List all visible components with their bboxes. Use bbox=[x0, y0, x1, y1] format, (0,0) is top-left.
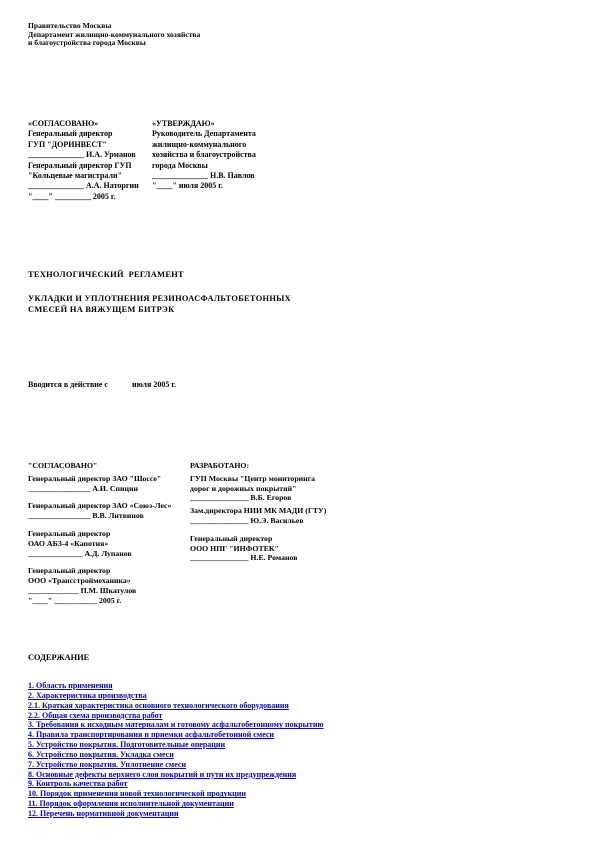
title-line: СМЕСЕЙ НА ВЯЖУЩЕМ БИТРЭК bbox=[28, 304, 291, 316]
signer-position: хозяйства и благоустройства bbox=[152, 150, 282, 160]
toc-link-3[interactable]: 3. Требования к исходным материалам и го… bbox=[28, 720, 324, 730]
title-line: УКЛАДКИ И УПЛОТНЕНИЯ РЕЗИНОАСФАЛЬТОБЕТОН… bbox=[28, 293, 291, 305]
signature-line: ______________ А.А. Наторгин bbox=[28, 181, 152, 191]
document-kind: ТЕХНОЛОГИЧЕСКИЙ РЕГЛАМЕНТ bbox=[28, 269, 291, 281]
toc-link-2-1[interactable]: 2.1. Краткая характеристика основного те… bbox=[28, 701, 324, 711]
signer-group: ГУП Москвы "Центр мониторинга дорог и до… bbox=[190, 474, 350, 503]
signature-line: ______________ А.Д. Лупанов bbox=[28, 549, 190, 559]
toc-link-11[interactable]: 11. Порядок оформления исполнительной до… bbox=[28, 799, 324, 809]
signer-organization: "Кольцевые магистрали" bbox=[28, 171, 152, 181]
date-line: "____" июля 2005 г. bbox=[152, 181, 282, 191]
signer-organization: ГУП Москвы "Центр мониторинга bbox=[190, 474, 350, 484]
effective-date-line: Вводится в действие с июля 2005 г. bbox=[28, 380, 176, 389]
signer-position: жилищно-коммунального bbox=[152, 140, 282, 150]
toc-link-9[interactable]: 9. Контроль качества работ bbox=[28, 779, 324, 789]
signature-line: ________________ В.В. Литвинов bbox=[28, 511, 190, 521]
signature-line: ________________ А.И. Спицин bbox=[28, 484, 190, 494]
approval-block-bottom: "СОГЛАСОВАНО" Генеральный директор ЗАО "… bbox=[28, 461, 350, 606]
signer-organization: дорог и дорожных покрытий" bbox=[190, 484, 350, 494]
signer-position: Генеральный директор ЗАО «Союз-Лес» bbox=[28, 501, 190, 511]
approval-block-top: «СОГЛАСОВАНО» Генеральный директор ГУП "… bbox=[28, 119, 282, 202]
document-title: ТЕХНОЛОГИЧЕСКИЙ РЕГЛАМЕНТ УКЛАДКИ И УПЛО… bbox=[28, 269, 291, 316]
signer-group: Зам.директора НИИ МК МАДИ (ГТУ) ________… bbox=[190, 506, 350, 526]
signer-group: Генеральный директор ЗАО «Союз-Лес» ____… bbox=[28, 501, 190, 521]
signature-line: ______________ И.А. Урманов bbox=[28, 150, 152, 160]
agreed-heading: «СОГЛАСОВАНО» bbox=[28, 119, 152, 129]
signer-position: Генеральный директор bbox=[28, 529, 190, 539]
signer-organization: ГУП "ДОРИНВЕСТ" bbox=[28, 140, 152, 150]
approved-heading: «УТВЕРЖДАЮ» bbox=[152, 119, 282, 129]
toc-link-12[interactable]: 12. Перечень нормативной документации bbox=[28, 809, 324, 819]
issuer-line: и благоустройства города Москвы bbox=[28, 39, 200, 48]
signer-position: Генеральный директор ГУП bbox=[28, 161, 152, 171]
developed-column: РАЗРАБОТАНО: ГУП Москвы "Центр мониторин… bbox=[190, 461, 350, 606]
date-line: "____" _________ 2005 г. bbox=[28, 192, 152, 202]
signer-position: Генеральный директор bbox=[190, 534, 350, 544]
signer-organization: ОАО АБЗ-4 «Капотня» bbox=[28, 539, 190, 549]
approved-column: «УТВЕРЖДАЮ» Руководитель Департамента жи… bbox=[152, 119, 282, 202]
toc-link-7[interactable]: 7. Устройство покрытия. Уплотнение смеси bbox=[28, 760, 324, 770]
agreed-heading: "СОГЛАСОВАНО" bbox=[28, 461, 190, 471]
agreed-column-bottom: "СОГЛАСОВАНО" Генеральный директор ЗАО "… bbox=[28, 461, 190, 606]
toc-link-6[interactable]: 6. Устройство покрытия. Укладка смеси bbox=[28, 750, 324, 760]
signer-group: Генеральный директор ООО НПГ "ИНФОТЕК" _… bbox=[190, 534, 350, 563]
developed-heading: РАЗРАБОТАНО: bbox=[190, 461, 350, 471]
toc-link-2[interactable]: 2. Характеристика производства bbox=[28, 691, 324, 701]
signer-group: Генеральный директор ООО «Трансстроймеха… bbox=[28, 566, 190, 605]
document-page: Правительство Москвы Департамент жилищно… bbox=[0, 0, 595, 842]
toc-link-2-2[interactable]: 2.2. Общая схема производства работ bbox=[28, 711, 324, 721]
signer-organization: ООО НПГ "ИНФОТЕК" bbox=[190, 544, 350, 554]
signer-position: города Москвы bbox=[152, 161, 282, 171]
signature-line: _____________ П.М. Шкатулов bbox=[28, 586, 190, 596]
toc-link-10[interactable]: 10. Порядок применения новой технологиче… bbox=[28, 789, 324, 799]
signer-position: Генеральный директор bbox=[28, 129, 152, 139]
table-of-contents: 1. Область применения 2. Характеристика … bbox=[28, 681, 324, 819]
signature-line: _______________ Н.Е. Романов bbox=[190, 553, 350, 563]
signer-group: Генеральный директор ЗАО "Шоссе" _______… bbox=[28, 474, 190, 494]
toc-link-4[interactable]: 4. Правила транспортирования и приемки а… bbox=[28, 730, 324, 740]
signer-position: Генеральный директор bbox=[28, 566, 190, 576]
toc-link-8[interactable]: 8. Основные дефекты верхнего слоя покрыт… bbox=[28, 770, 324, 780]
signature-line: _______________ Ю.Э. Васильев bbox=[190, 516, 350, 526]
toc-link-1[interactable]: 1. Область применения bbox=[28, 681, 324, 691]
signature-line: ______________ Н.В. Павлов bbox=[152, 171, 282, 181]
issuer-block: Правительство Москвы Департамент жилищно… bbox=[28, 22, 200, 48]
signer-position: Генеральный директор ЗАО "Шоссе" bbox=[28, 474, 190, 484]
signer-position: Руководитель Департамента bbox=[152, 129, 282, 139]
toc-heading: СОДЕРЖАНИЕ bbox=[28, 653, 89, 662]
signer-group: Генеральный директор ОАО АБЗ-4 «Капотня»… bbox=[28, 529, 190, 558]
signer-position: Зам.директора НИИ МК МАДИ (ГТУ) bbox=[190, 506, 350, 516]
date-line: "____" ___________ 2005 г. bbox=[28, 596, 190, 606]
agreed-column: «СОГЛАСОВАНО» Генеральный директор ГУП "… bbox=[28, 119, 152, 202]
signer-organization: ООО «Трансстроймеханика» bbox=[28, 576, 190, 586]
toc-link-5[interactable]: 5. Устройство покрытия. Подготовительные… bbox=[28, 740, 324, 750]
signature-line: _______________ В.Б. Егоров bbox=[190, 493, 350, 503]
